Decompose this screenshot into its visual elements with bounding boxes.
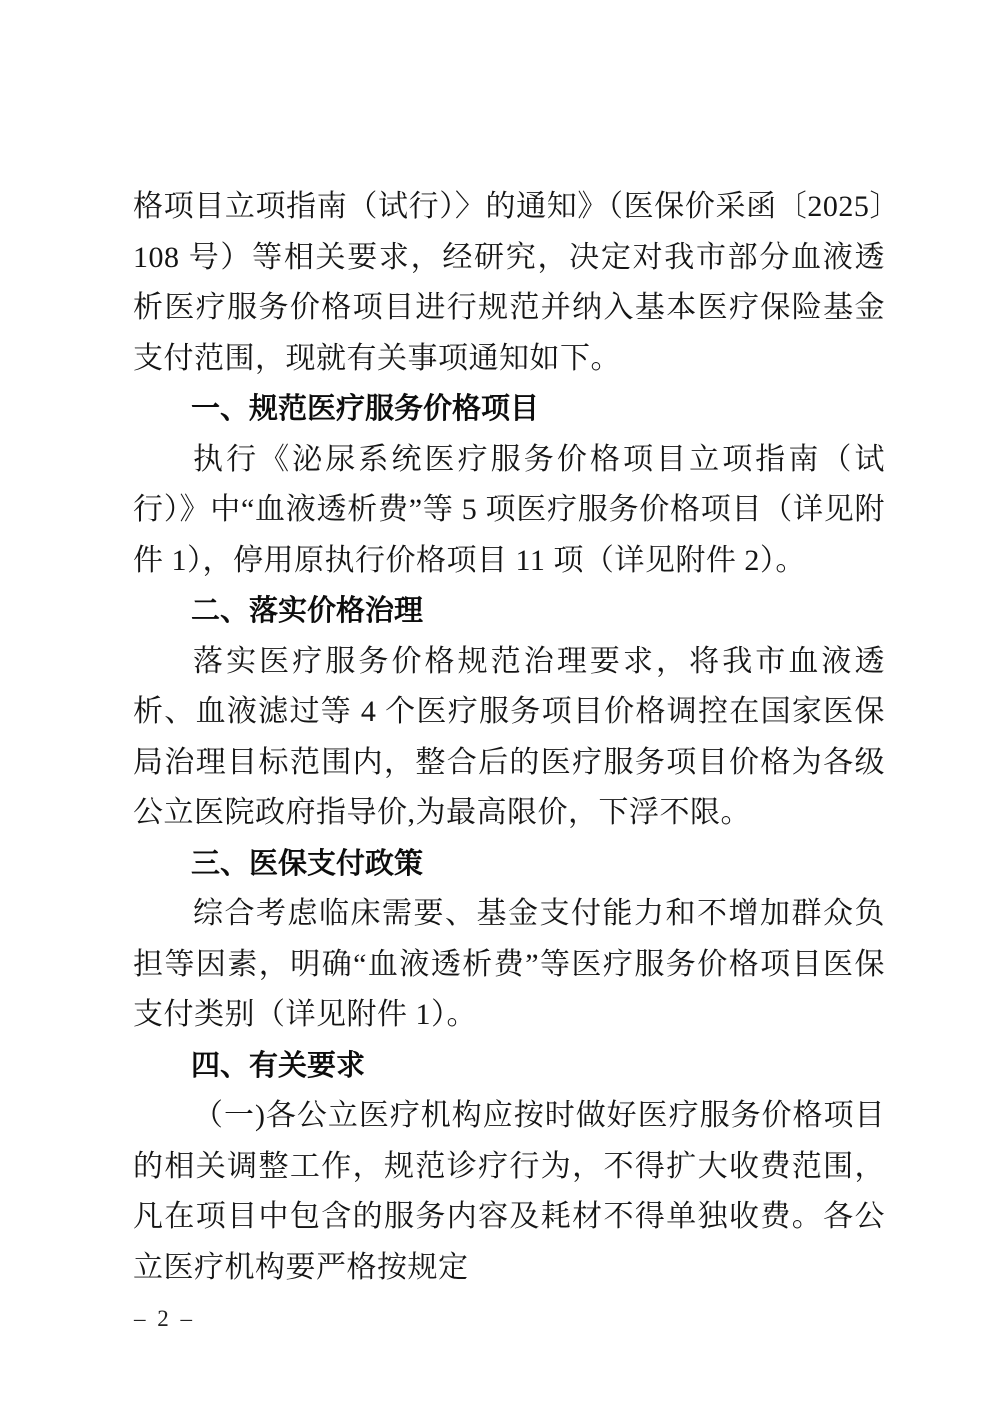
section-4-paragraph: （一)各公立医疗机构应按时做好医疗服务价格项目的相关调整工作，规范诊疗行为，不得… (133, 1091, 885, 1293)
section-4-heading: 四、有关要求 (133, 1041, 885, 1092)
document-page: 格项目立项指南（试行）〉的通知》（医保价采函〔2025〕108 号）等相关要求，… (0, 0, 1000, 1414)
intro-paragraph: 格项目立项指南（试行）〉的通知》（医保价采函〔2025〕108 号）等相关要求，… (133, 182, 885, 384)
section-1-paragraph: 执行《泌尿系统医疗服务价格项目立项指南（试行）》中“血液透析费”等 5 项医疗服… (133, 435, 885, 587)
section-2-heading: 二、落实价格治理 (133, 586, 885, 637)
section-2-paragraph: 落实医疗服务价格规范治理要求，将我市血液透析、血液滤过等 4 个医疗服务项目价格… (133, 637, 885, 839)
page-number: – 2 – (134, 1306, 195, 1332)
document-body: 格项目立项指南（试行）〉的通知》（医保价采函〔2025〕108 号）等相关要求，… (133, 182, 885, 1293)
section-3-paragraph: 综合考虑临床需要、基金支付能力和不增加群众负担等因素，明确“血液透析费”等医疗服… (133, 889, 885, 1041)
section-1-heading: 一、规范医疗服务价格项目 (133, 384, 885, 435)
section-3-heading: 三、医保支付政策 (133, 839, 885, 890)
